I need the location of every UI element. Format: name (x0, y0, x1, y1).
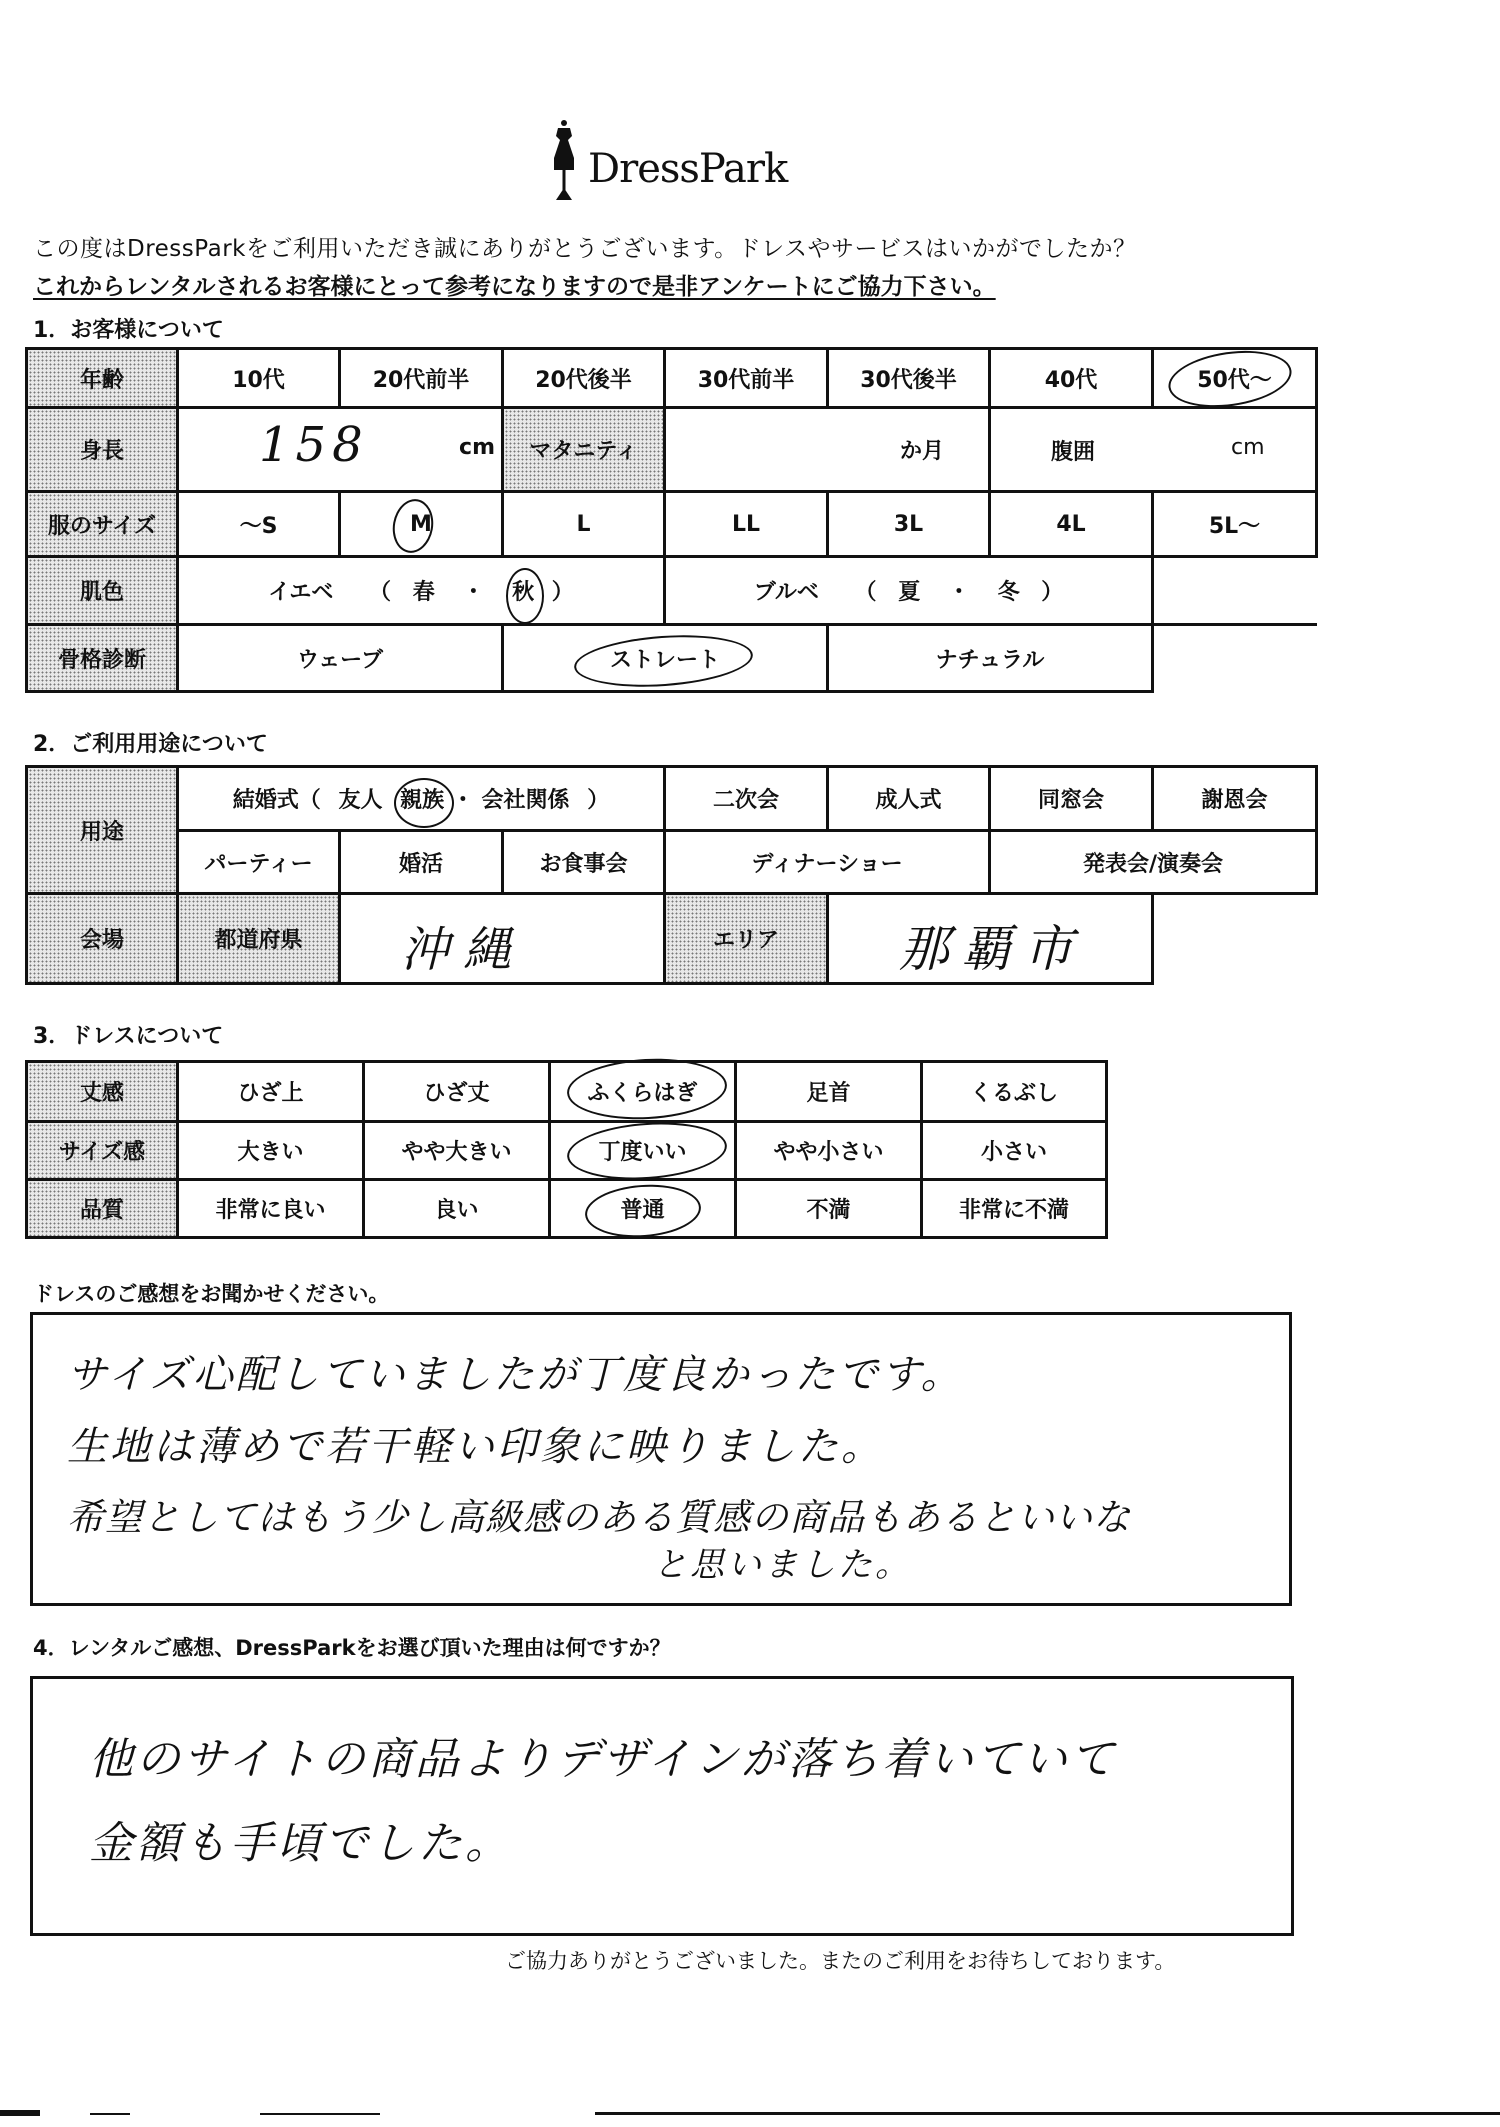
section4-heading: 4．レンタルご感想、DressParkをお選び頂いた理由は何ですか？ (33, 1632, 671, 1662)
area-label: エリア (665, 894, 828, 984)
purpose-option[interactable]: 発表会/演奏会 (990, 831, 1317, 894)
skin-row: 肌色 イエベ （ 春 ・ 秋 ） ブルベ （ 夏 ・ 冬 ） (27, 557, 1317, 625)
brand-logo: DressPark (548, 118, 808, 208)
length-row: 丈感 ひざ上 ひざ丈 ふくらはぎ 足首 くるぶし (27, 1062, 1107, 1122)
fit-label: サイズ感 (27, 1122, 178, 1180)
fit-option[interactable]: やや大きい (364, 1122, 550, 1180)
section2-heading: 2．ご利用用途について (33, 727, 268, 758)
scan-edge-mark (90, 2113, 130, 2115)
size-row: 服のサイズ ～S M L LL 3L 4L 5L～ (27, 492, 1317, 557)
comment-line: 生地は薄めで若干軽い印象に映りました。 (67, 1415, 884, 1472)
fit-option[interactable]: 小さい (922, 1122, 1107, 1180)
length-option[interactable]: くるぶし (922, 1062, 1107, 1122)
prefecture-value: 沖縄 (401, 911, 525, 980)
quality-option[interactable]: 非常に不満 (922, 1180, 1107, 1238)
height-label: 身長 (27, 408, 178, 492)
usage-table: 用途 結婚式（ 友人 親族 ・ 会社関係 ） 二次会 成人式 同窓会 謝恩会 パ… (25, 765, 1318, 985)
answer-line: 他のサイトの商品よりデザインが落ち着いていて (89, 1723, 1117, 1787)
comment-line: サイズ心配していましたが丁度良かったです。 (67, 1343, 964, 1400)
quality-selected-label: 普通 (620, 1198, 664, 1223)
purpose-option[interactable]: 二次会 (665, 767, 828, 831)
purpose-row-2: パーティー 婚活 お食事会 ディナーショー 発表会/演奏会 (27, 831, 1317, 894)
age-option[interactable]: 20代後半 (503, 349, 665, 408)
size-label: 服のサイズ (27, 492, 178, 557)
fit-option[interactable]: 大きい (178, 1122, 364, 1180)
paren-close: ） (587, 788, 609, 813)
body-type-option-selected[interactable]: ストレート (503, 625, 828, 692)
maternity-months-unit: か月 (900, 439, 944, 464)
body-type-option[interactable]: ナチュラル (828, 625, 1153, 692)
separator: ・ (462, 580, 484, 605)
wedding-relative-selected[interactable]: 親族 (400, 788, 452, 813)
purpose-label: 用途 (27, 767, 178, 894)
scan-edge-mark (260, 2113, 380, 2115)
quality-option[interactable]: 非常に良い (178, 1180, 364, 1238)
comment-line: 希望としてはもう少し高級感のある質感の商品もあるといいな (67, 1487, 1131, 1541)
size-selected-label: M (410, 512, 432, 537)
separator: ・ (452, 788, 474, 813)
skin-autumn: 秋 (512, 580, 534, 605)
size-option[interactable]: L (503, 492, 665, 557)
wedding-friend[interactable]: 友人 (338, 788, 382, 813)
fit-option-selected[interactable]: 丁度いい (550, 1122, 736, 1180)
maternity-months-field[interactable]: か月 (665, 408, 990, 492)
waist-field[interactable]: 腹囲 cm (990, 408, 1317, 492)
size-option[interactable]: 4L (990, 492, 1153, 557)
fit-row: サイズ感 大きい やや大きい 丁度いい やや小さい 小さい (27, 1122, 1107, 1180)
quality-row: 品質 非常に良い 良い 普通 不満 非常に不満 (27, 1180, 1107, 1238)
body-type-row: 骨格診断 ウェーブ ストレート ナチュラル (27, 625, 1317, 692)
section1-heading: 1．お客様について (33, 313, 224, 344)
height-field[interactable]: 158 cm (178, 408, 503, 492)
wedding-label: 結婚式（ (233, 788, 321, 813)
scan-edge-line (595, 2112, 1500, 2115)
blue-base-option[interactable]: ブルベ （ 夏 ・ 冬 ） (665, 557, 1153, 625)
height-row: 身長 158 cm マタニティ か月 腹囲 cm (27, 408, 1317, 492)
purpose-option[interactable]: 婚活 (340, 831, 503, 894)
maternity-label: マタニティ (503, 408, 665, 492)
venue-row: 会場 都道府県 沖縄 エリア 那覇市 (27, 894, 1317, 984)
blue-base-name: ブルベ (754, 580, 819, 605)
skin-spring[interactable]: 春 (413, 580, 435, 605)
brand-name: DressPark (588, 146, 787, 192)
section3-heading: 3．ドレスについて (33, 1019, 223, 1050)
size-option[interactable]: ～S (178, 492, 340, 557)
skin-winter[interactable]: 冬 (998, 580, 1020, 605)
yellow-base-name: イエベ (268, 580, 333, 605)
dress-comment-box[interactable]: サイズ心配していましたが丁度良かったです。 生地は薄めで若干軽い印象に映りました… (30, 1312, 1292, 1606)
separator: ・ (948, 580, 970, 605)
purpose-option[interactable]: 同窓会 (990, 767, 1153, 831)
size-option-selected[interactable]: M (340, 492, 503, 557)
size-option[interactable]: 5L～ (1153, 492, 1317, 557)
quality-label: 品質 (27, 1180, 178, 1238)
size-option[interactable]: LL (665, 492, 828, 557)
length-option[interactable]: ひざ丈 (364, 1062, 550, 1122)
length-option[interactable]: 足首 (736, 1062, 922, 1122)
empty-cell (1153, 894, 1317, 984)
paren-open: （ (369, 580, 391, 605)
skin-label: 肌色 (27, 557, 178, 625)
body-type-label: 骨格診断 (27, 625, 178, 692)
footer-thanks: ご協力ありがとうございました。またのご利用をお待ちしております。 (505, 1945, 1175, 1975)
prefecture-field[interactable]: 沖縄 (340, 894, 665, 984)
paren-open: （ (855, 580, 877, 605)
age-option[interactable]: 30代前半 (665, 349, 828, 408)
age-selected-label: 50代～ (1197, 368, 1272, 393)
age-label: 年齢 (27, 349, 178, 408)
age-option[interactable]: 10代 (178, 349, 340, 408)
purpose-option[interactable]: お食事会 (503, 831, 665, 894)
comment-line: と思いました。 (653, 1537, 912, 1586)
area-field[interactable]: 那覇市 (828, 894, 1153, 984)
age-option[interactable]: 20代前半 (340, 349, 503, 408)
fit-option[interactable]: やや小さい (736, 1122, 922, 1180)
intro-text: この度はDressParkをご利用いただき誠にありがとうございます。ドレスやサー… (33, 230, 1136, 263)
quality-option[interactable]: 不満 (736, 1180, 922, 1238)
quality-option-selected[interactable]: 普通 (550, 1180, 736, 1238)
purpose-option[interactable]: ディナーショー (665, 831, 990, 894)
prefecture-label: 都道府県 (178, 894, 340, 984)
scan-edge-mark (0, 2110, 40, 2116)
fit-selected-label: 丁度いい (598, 1140, 686, 1165)
length-option-selected[interactable]: ふくらはぎ (550, 1062, 736, 1122)
dress-form-icon (548, 118, 580, 204)
body-type-option[interactable]: ウェーブ (178, 625, 503, 692)
reason-answer-box[interactable]: 他のサイトの商品よりデザインが落ち着いていて 金額も手頃でした。 (30, 1676, 1294, 1936)
age-row: 年齢 10代 20代前半 20代後半 30代前半 30代後半 40代 50代～ (27, 349, 1317, 408)
customer-info-table: 年齢 10代 20代前半 20代後半 30代前半 30代後半 40代 50代～ … (25, 347, 1318, 693)
dress-comment-heading: ドレスのご感想をお聞かせください。 (33, 1278, 389, 1308)
empty-cell (1153, 557, 1317, 625)
skin-summer[interactable]: 夏 (898, 580, 920, 605)
purpose-row-1: 用途 結婚式（ 友人 親族 ・ 会社関係 ） 二次会 成人式 同窓会 謝恩会 (27, 767, 1317, 831)
waist-unit: cm (1231, 435, 1265, 460)
empty-cell (1153, 625, 1317, 692)
answer-line: 金額も手頃でした。 (89, 1807, 512, 1871)
purpose-option[interactable]: 謝恩会 (1153, 767, 1317, 831)
length-option[interactable]: ひざ上 (178, 1062, 364, 1122)
height-value: 158 (259, 417, 369, 473)
height-unit: cm (459, 435, 495, 460)
dress-rating-table: 丈感 ひざ上 ひざ丈 ふくらはぎ 足首 くるぶし サイズ感 大きい やや大きい … (25, 1060, 1108, 1239)
body-type-selected-label: ストレート (610, 648, 720, 673)
area-value: 那覇市 (899, 909, 1085, 981)
venue-label: 会場 (27, 894, 178, 984)
skin-autumn-selected[interactable]: 秋 (512, 580, 542, 605)
length-label: 丈感 (27, 1062, 178, 1122)
wedding-option[interactable]: 結婚式（ 友人 親族 ・ 会社関係 ） (178, 767, 665, 831)
quality-option[interactable]: 良い (364, 1180, 550, 1238)
age-option[interactable]: 40代 (990, 349, 1153, 408)
yellow-base-option[interactable]: イエベ （ 春 ・ 秋 ） (178, 557, 665, 625)
length-selected-label: ふくらはぎ (587, 1081, 697, 1106)
paren-close: ） (552, 580, 574, 605)
paren-close: ） (1041, 580, 1063, 605)
wedding-company[interactable]: 会社関係 (482, 788, 570, 813)
purpose-option[interactable]: パーティー (178, 831, 340, 894)
wedding-relative: 親族 (400, 788, 444, 813)
purpose-option[interactable]: 成人式 (828, 767, 990, 831)
waist-label: 腹囲 (1051, 435, 1095, 466)
age-option-selected[interactable]: 50代～ (1153, 349, 1317, 408)
size-option[interactable]: 3L (828, 492, 990, 557)
age-option[interactable]: 30代後半 (828, 349, 990, 408)
intro-request-text: これからレンタルされるお客様にとって参考になりますので是非アンケートにご協力下さ… (33, 268, 996, 301)
